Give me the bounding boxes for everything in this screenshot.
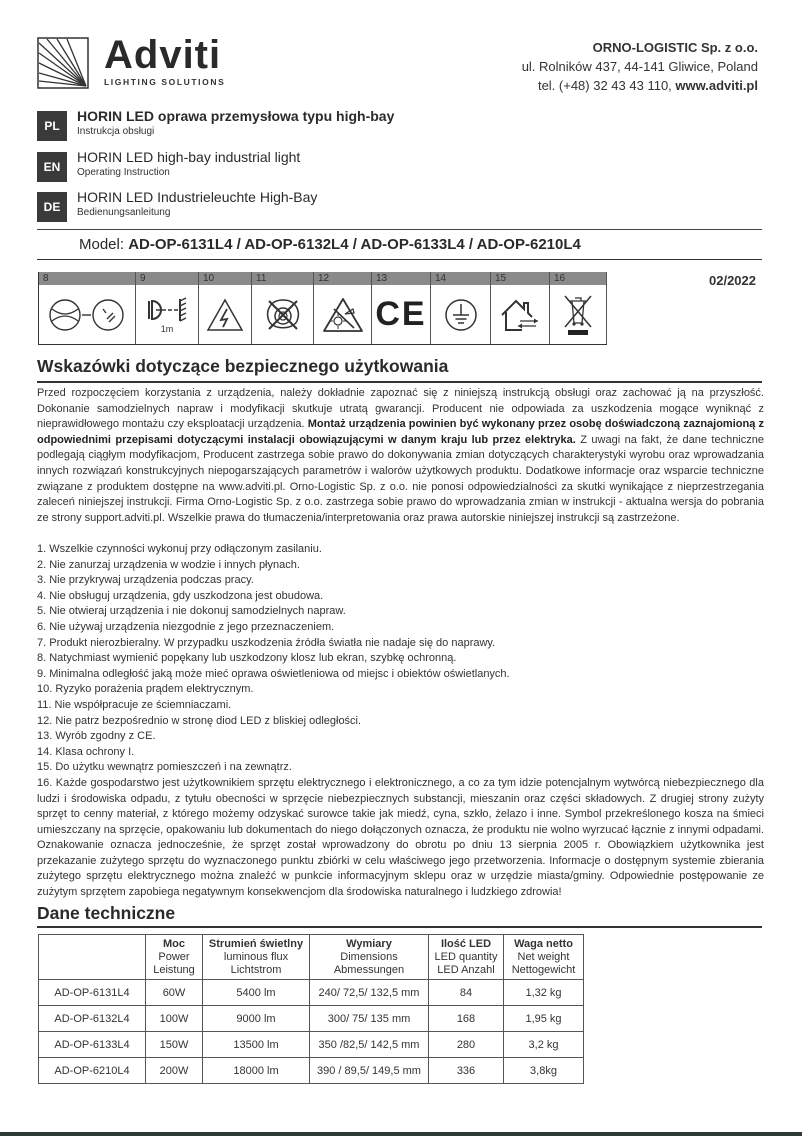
cell-weight: 1,32 kg <box>504 980 584 1006</box>
column-header-dimensions: WymiaryDimensionsAbmessungen <box>310 935 429 980</box>
cell-dimensions: 240/ 72,5/ 132,5 mm <box>310 980 429 1006</box>
language-badge-de: DE <box>37 192 67 222</box>
cell-led-qty: 168 <box>429 1006 504 1032</box>
list-item: 9. Minimalna odległość jaką może mieć op… <box>37 667 764 683</box>
cell-led-qty: 84 <box>429 980 504 1006</box>
symbol-number: 10 <box>199 272 251 285</box>
table-row: AD-OP-6133L4 150W 13500 lm 350 /82,5/ 14… <box>39 1032 584 1058</box>
table-row: AD-OP-6210L4 200W 18000 lm 390 / 89,5/ 1… <box>39 1058 584 1084</box>
symbol-number: 15 <box>491 272 549 285</box>
list-item: 11. Nie współpracuje ze ściemniaczami. <box>37 698 764 714</box>
cell-weight: 3,2 kg <box>504 1032 584 1058</box>
do-not-look-at-led-icon <box>314 285 371 344</box>
safety-rules-list: 1. Wszelkie czynności wykonuj przy odłąc… <box>37 542 764 901</box>
model-numbers: AD-OP-6131L4 / AD-OP-6132L4 / AD-OP-6133… <box>128 236 581 253</box>
column-header-model <box>39 935 146 980</box>
list-item: 4. Nie obsługuj urządzenia, gdy uszkodzo… <box>37 589 764 605</box>
list-item: 1. Wszelkie czynności wykonuj przy odłąc… <box>37 542 764 558</box>
ce-mark-icon: CE <box>372 285 430 344</box>
language-row-de: DE HORIN LED Industrieleuchte High-Bay B… <box>37 192 597 226</box>
cell-dimensions: 350 /82,5/ 142,5 mm <box>310 1032 429 1058</box>
list-item: 12. Nie patrz bezpośrednio w stronę diod… <box>37 714 764 730</box>
cell-model: AD-OP-6210L4 <box>39 1058 146 1084</box>
language-badge-pl: PL <box>37 111 67 141</box>
symbol-number: 11 <box>252 272 313 285</box>
manual-subtitle-de: Bedienungsanleitung <box>77 207 170 218</box>
list-item: 8. Natychmiast wymienić popękany lub usz… <box>37 651 764 667</box>
symbol-number: 16 <box>550 272 606 285</box>
language-row-en: EN HORIN LED high-bay industrial light O… <box>37 152 597 186</box>
symbol-number: 9 <box>136 272 198 285</box>
symbol-14: 14 <box>431 272 491 344</box>
symbol-number: 8 <box>39 272 135 285</box>
cell-flux: 13500 lm <box>203 1032 310 1058</box>
symbol-12: 12 <box>314 272 372 344</box>
table-header-row: MocPowerLeistung Strumień świetlnylumino… <box>39 935 584 980</box>
ce-mark-text: CE <box>375 295 426 334</box>
symbol-15: 15 <box>491 272 550 344</box>
safety-section-title: Wskazówki dotyczące bezpiecznego użytkow… <box>37 356 448 377</box>
language-badge-en: EN <box>37 152 67 182</box>
cell-flux: 5400 lm <box>203 980 310 1006</box>
list-item: 3. Nie przykrywaj urządzenia podczas pra… <box>37 573 764 589</box>
list-item-weee: 16. Każde gospodarstwo jest użytkownikie… <box>37 776 764 901</box>
symbols-strip: 8 9 1m 10 <box>38 272 607 345</box>
symbol-number: 13 <box>372 272 430 285</box>
brand-tagline: LIGHTING SOLUTIONS <box>104 77 225 87</box>
symbol-9: 9 1m <box>136 272 199 344</box>
column-header-flux: Strumień świetlnyluminous fluxLichtstrom <box>203 935 310 980</box>
list-item: 2. Nie zanurzaj urządzenia w wodzie i in… <box>37 558 764 574</box>
cell-power: 200W <box>146 1058 203 1084</box>
manual-subtitle-pl: Instrukcja obsługi <box>77 126 154 137</box>
column-header-led-qty: Ilość LEDLED quantityLED Anzahl <box>429 935 504 980</box>
list-item: 5. Nie otwieraj urządzenia i nie dokonuj… <box>37 604 764 620</box>
company-phone: tel. (+48) 32 43 43 110, <box>538 78 675 93</box>
cell-weight: 1,95 kg <box>504 1006 584 1032</box>
product-title-pl: HORIN LED oprawa przemysłowa typu high-b… <box>77 108 394 124</box>
language-row-pl: PL HORIN LED oprawa przemysłowa typu hig… <box>37 111 597 145</box>
table-row: AD-OP-6131L4 60W 5400 lm 240/ 72,5/ 132,… <box>39 980 584 1006</box>
symbol-number: 14 <box>431 272 490 285</box>
product-title-de: HORIN LED Industrieleuchte High-Bay <box>77 189 317 205</box>
company-address: ul. Rolników 437, 44-141 Gliwice, Poland <box>522 57 758 76</box>
list-item: 14. Klasa ochrony I. <box>37 745 764 761</box>
tech-section-title: Dane techniczne <box>37 903 175 924</box>
list-item: 6. Nie używaj urządzenia niezgodnie z je… <box>37 620 764 636</box>
column-header-weight: Waga nettoNet weightNettogewicht <box>504 935 584 980</box>
symbol-10: 10 <box>199 272 252 344</box>
product-title-en: HORIN LED high-bay industrial light <box>77 149 300 165</box>
protective-earth-class-i-icon <box>431 285 490 344</box>
divider <box>37 259 762 260</box>
cell-dimensions: 300/ 75/ 135 mm <box>310 1006 429 1032</box>
electric-shock-warning-icon <box>199 285 251 344</box>
cell-led-qty: 336 <box>429 1058 504 1084</box>
symbol-13: 13 CE <box>372 272 431 344</box>
divider <box>37 229 762 230</box>
brand-name: Adviti <box>104 33 221 77</box>
cell-power: 150W <box>146 1032 203 1058</box>
list-item: 15. Do użytku wewnątrz pomieszczeń i na … <box>37 760 764 776</box>
no-dimmer-icon <box>252 285 313 344</box>
tech-data-table: MocPowerLeistung Strumień świetlnylumino… <box>38 934 584 1084</box>
company-website-link[interactable]: www.adviti.pl <box>675 78 758 93</box>
cell-model: AD-OP-6132L4 <box>39 1006 146 1032</box>
divider <box>37 926 762 928</box>
cell-led-qty: 280 <box>429 1032 504 1058</box>
symbol-number: 12 <box>314 272 371 285</box>
company-name: ORNO-LOGISTIC Sp. z o.o. <box>522 38 758 57</box>
cell-model: AD-OP-6133L4 <box>39 1032 146 1058</box>
list-item: 7. Produkt nierozbieralny. W przypadku u… <box>37 636 764 652</box>
cell-power: 100W <box>146 1006 203 1032</box>
column-header-power: MocPowerLeistung <box>146 935 203 980</box>
weee-crossed-bin-icon <box>550 285 606 344</box>
list-item: 10. Ryzyko porażenia prądem elektrycznym… <box>37 682 764 698</box>
cell-power: 60W <box>146 980 203 1006</box>
distance-caption: 1m <box>161 324 174 334</box>
list-item: 13. Wyrób zgodny z CE. <box>37 729 764 745</box>
replaceable-light-source-icon <box>39 285 135 344</box>
company-contact: tel. (+48) 32 43 43 110, www.adviti.pl <box>522 76 758 95</box>
adviti-logo-icon <box>37 37 89 89</box>
symbol-11: 11 <box>252 272 314 344</box>
symbol-16: 16 <box>550 272 607 344</box>
cell-flux: 9000 lm <box>203 1006 310 1032</box>
manual-subtitle-en: Operating Instruction <box>77 167 170 178</box>
model-line: Model: AD-OP-6131L4 / AD-OP-6132L4 / AD-… <box>79 236 581 253</box>
cell-model: AD-OP-6131L4 <box>39 980 146 1006</box>
safety-intro-paragraph: Przed rozpoczęciem korzystania z urządze… <box>37 386 764 526</box>
indoor-outdoor-use-icon <box>491 285 549 344</box>
cell-weight: 3,8kg <box>504 1058 584 1084</box>
cell-dimensions: 390 / 89,5/ 149,5 mm <box>310 1058 429 1084</box>
document-date: 02/2022 <box>709 273 756 288</box>
min-distance-1m-icon: 1m <box>136 285 198 344</box>
table-row: AD-OP-6132L4 100W 9000 lm 300/ 75/ 135 m… <box>39 1006 584 1032</box>
page-bottom-bar <box>0 1132 802 1136</box>
divider <box>37 381 762 383</box>
intro-text-continued: Z uwagi na fakt, że dane techniczne podl… <box>37 434 764 524</box>
model-label: Model: <box>79 236 128 253</box>
cell-flux: 18000 lm <box>203 1058 310 1084</box>
symbol-8: 8 <box>39 272 136 344</box>
company-info: ORNO-LOGISTIC Sp. z o.o. ul. Rolników 43… <box>522 38 758 95</box>
